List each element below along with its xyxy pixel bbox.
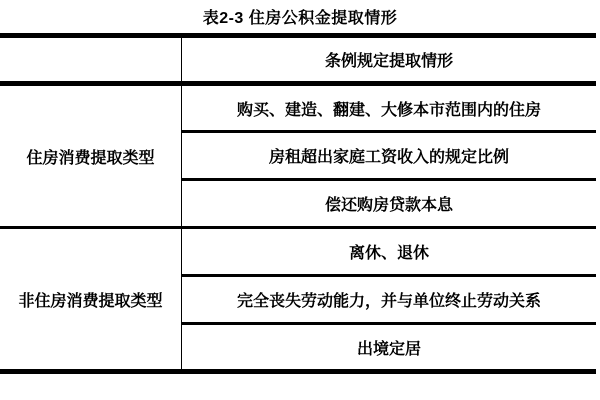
table-title: 表2-3 住房公积金提取情形 [0,0,600,33]
header-category-cell [0,36,182,84]
group-label-housing-consumption: 住房消费提取类型 [0,84,182,228]
table-cell-rent-exceeds: 房租超出家庭工资收入的规定比例 [182,132,597,180]
table-cell-purchase-build: 购买、建造、翻建、大修本市范围内的住房 [182,84,597,132]
group-label-non-housing-consumption: 非住房消费提取类型 [0,228,182,372]
table-row: 住房消费提取类型 购买、建造、翻建、大修本市范围内的住房 [0,84,596,132]
header-row: 条例规定提取情形 [0,36,596,84]
table-cell-settle-abroad: 出境定居 [182,324,597,372]
table-cell-repay-loan: 偿还购房贷款本息 [182,180,597,228]
table-cell-loss-of-work-ability: 完全丧失劳动能力，并与单位终止劳动关系 [182,276,597,324]
document-page: 表2-3 住房公积金提取情形 条例规定提取情形 住房消费提取类型 购买、建造、翻… [0,0,600,400]
table-cell-retirement: 离休、退休 [182,228,597,276]
table-row: 非住房消费提取类型 离休、退休 [0,228,596,276]
withdrawal-table: 条例规定提取情形 住房消费提取类型 购买、建造、翻建、大修本市范围内的住房 房租… [0,33,596,374]
header-conditions-cell: 条例规定提取情形 [182,36,597,84]
